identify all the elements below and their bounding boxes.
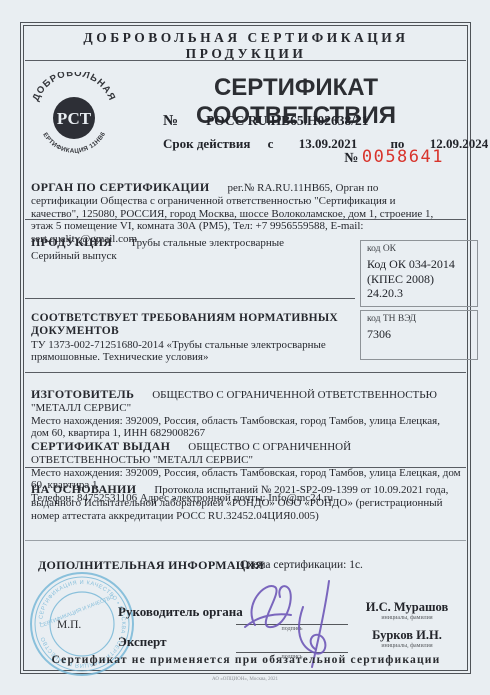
- top-banner: ДОБРОВОЛЬНАЯ СЕРТИФИКАЦИЯ ПРОДУКЦИИ: [30, 30, 462, 62]
- head-name: И.С. Мурашов: [350, 600, 464, 615]
- blank-number-label: №: [344, 151, 358, 166]
- conforms-text: ТУ 1373-002-71251680-2014 «Трубы стальны…: [31, 339, 326, 364]
- head-signature-caption: подпись: [236, 626, 348, 632]
- tnved-code-box: код ТН ВЭД 7306: [360, 310, 478, 360]
- conforms-label: СООТВЕТСТВУЕТ ТРЕБОВАНИЯМ НОРМАТИВНЫХ ДО…: [31, 312, 338, 337]
- product-type: Серийный выпуск: [31, 250, 117, 262]
- divider: [25, 298, 355, 299]
- ok-code-value: Код ОК 034-2014 (КПЕС 2008) 24.20.3: [367, 257, 455, 300]
- validity-from-label: с: [268, 136, 274, 152]
- certification-body-label: ОРГАН ПО СЕРТИФИКАЦИИ: [31, 180, 209, 194]
- product-label: ПРОДУКЦИЯ: [31, 235, 112, 249]
- stamp-place-label: М.П.: [57, 619, 81, 631]
- rst-emblem-icon: ДОБРОВОЛЬНАЯ СЕРТИФИКАЦИЯ 11НВ65 РСТ: [28, 72, 120, 164]
- head-signature-line: [236, 608, 348, 625]
- blank-number-digits: 0058641: [362, 147, 444, 167]
- expert-name: Бурков И.Н.: [350, 628, 464, 643]
- tnved-code-label: код ТН ВЭД: [367, 314, 471, 325]
- issued-to-label: СЕРТИФИКАТ ВЫДАН: [31, 439, 170, 453]
- divider: [25, 219, 466, 220]
- tnved-code-value: 7306: [367, 327, 391, 341]
- manufacturer-label: ИЗГОТОВИТЕЛЬ: [31, 387, 134, 401]
- divider: [25, 372, 466, 373]
- head-name-caption: инициалы, фамилия: [350, 615, 464, 621]
- ok-code-box: код ОК Код ОК 034-2014 (КПЕС 2008) 24.20…: [360, 240, 478, 307]
- blank-number: № 0058641: [344, 147, 444, 167]
- basis-label: НА ОСНОВАНИИ: [31, 482, 136, 496]
- emblem-center-text: РСТ: [57, 109, 92, 128]
- section-manufacturer: ИЗГОТОВИТЕЛЬОБЩЕСТВО С ОГРАНИЧЕННОЙ ОТВЕ…: [31, 388, 455, 440]
- expert-signature-line: [236, 636, 348, 653]
- divider: [25, 467, 466, 468]
- section-conforms: СООТВЕТСТВУЕТ ТРЕБОВАНИЯМ НОРМАТИВНЫХ ДО…: [31, 312, 361, 364]
- number-label: №: [163, 113, 178, 129]
- disclaimer-text: Сертификат не применяется при обязательн…: [30, 654, 462, 666]
- certificate-page: ДОБРОВОЛЬНАЯ СЕРТИФИКАЦИЯ ПРОДУКЦИИ ДОБР…: [0, 0, 490, 695]
- expert-role-label: Эксперт: [118, 634, 166, 650]
- section-product: ПРОДУКЦИЯТрубы стальные электросварные С…: [31, 236, 351, 263]
- certificate-number: РОСС RU.НВ65.Н02638/21: [206, 113, 368, 128]
- product-name: Трубы стальные электросварные: [130, 237, 284, 249]
- head-role-label: Руководитель органа: [118, 604, 243, 620]
- printer-info: АО «ОПЦИОН», Москва, 2021: [0, 677, 490, 682]
- validity-label: Срок действия: [163, 136, 250, 152]
- expert-name-caption: инициалы, фамилия: [350, 643, 464, 649]
- additional-info-text: Схема сертификации: 1с.: [240, 559, 363, 571]
- manufacturer-address: Место нахождения: 392009, Россия, област…: [31, 415, 440, 440]
- certificate-number-row: №РОСС RU.НВ65.Н02638/21: [163, 113, 369, 130]
- section-basis: НА ОСНОВАНИИПротокола испытаний № 2021-S…: [31, 483, 455, 522]
- divider: [25, 60, 466, 61]
- divider: [25, 540, 466, 541]
- ok-code-label: код ОК: [367, 244, 471, 255]
